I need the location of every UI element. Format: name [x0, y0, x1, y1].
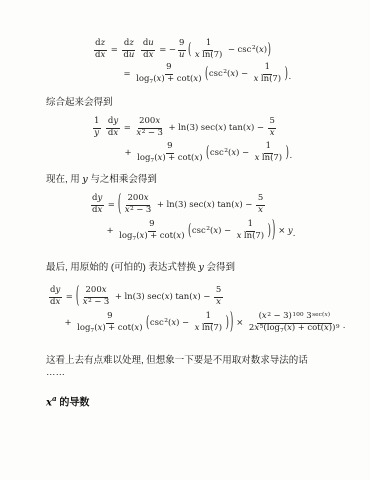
fraction: 1xln(7): [235, 220, 266, 241]
fraction: 200xx2−3: [135, 117, 165, 138]
superscript: 2: [206, 225, 210, 232]
denominator: x: [215, 298, 223, 308]
subscript: 7: [132, 235, 136, 242]
fraction: 1xln(7): [252, 63, 283, 84]
math-text: ln(7): [202, 323, 222, 333]
math-text: ): [292, 323, 295, 333]
math-text: cot(: [307, 323, 324, 333]
fraction: 1y: [93, 117, 101, 138]
math-text: ): [139, 323, 142, 333]
numerator: 200x: [126, 194, 150, 205]
math-text: ln(7): [262, 153, 282, 163]
math-operator: ×: [236, 318, 243, 328]
paren-fence: (: [76, 284, 79, 311]
math-text: ): [102, 323, 105, 333]
superscript: 2: [164, 317, 168, 324]
math-variable: x: [155, 116, 160, 126]
math-operator: +: [168, 153, 175, 163]
denominator: x2−3: [81, 298, 111, 308]
equation-log-derivative-line-2: +9log7(x)+cot(x)(csc2(x)−1xln(7)).: [122, 142, 370, 164]
math-text: ): [181, 231, 184, 241]
math-text: 5: [269, 116, 274, 126]
math-text: csc: [237, 45, 251, 55]
subscript: 7: [90, 327, 94, 334]
math-text: 9: [166, 62, 171, 72]
paragraph-multiply-by-y: 现在, 用 y 与之相乘会得到: [46, 174, 324, 186]
fraction: 200xx2−3: [123, 194, 153, 215]
numerator: 1: [204, 312, 212, 323]
math-text: 3): [283, 311, 292, 321]
math-operator: +: [168, 123, 175, 133]
numerator: 9: [165, 63, 173, 74]
denominator: u: [178, 51, 186, 61]
numerator: 5: [256, 194, 264, 205]
math-variable: x: [255, 153, 260, 163]
fraction: dudx: [141, 39, 155, 60]
math-text: 9: [107, 311, 112, 321]
math-text: )): [329, 323, 336, 333]
math-text: log: [77, 323, 90, 333]
paren-fence: (: [205, 65, 208, 84]
denominator: log7(x)+cot(x): [135, 75, 203, 85]
numerator: 200x: [138, 117, 162, 128]
fraction: 1xln(7): [253, 142, 284, 163]
denominator: dx: [94, 51, 107, 61]
math-text: 1: [206, 311, 211, 321]
text-run: 现在, 用: [46, 174, 82, 185]
paren-fence: ): [226, 314, 229, 333]
math-operator: =: [124, 123, 131, 133]
math-text: ): [162, 153, 165, 163]
numerator: 1: [204, 39, 212, 50]
superscript: sec(x): [312, 311, 330, 318]
math-text: 1: [206, 38, 211, 48]
math-variable: x: [102, 285, 107, 295]
math-operator: −: [245, 200, 252, 210]
numerator: dy: [91, 194, 104, 205]
math-variable: x: [125, 205, 130, 215]
math-text: ): [198, 74, 201, 84]
section-heading-xa-derivative: xa 的导数: [46, 392, 324, 409]
math-text: ): [218, 226, 221, 236]
math-variable: u: [129, 50, 134, 60]
math-text: 1: [248, 219, 253, 229]
math-operator: −: [274, 311, 281, 321]
math-operator: −: [94, 297, 101, 307]
math-operator: −: [136, 205, 143, 215]
math-text: cot(: [178, 153, 195, 163]
paren-fence: (: [206, 144, 209, 163]
math-text: ln(3): [178, 123, 198, 133]
math-text: tan(: [229, 123, 246, 133]
math-variable: x: [113, 128, 118, 138]
math-operator: +: [150, 231, 157, 241]
math-text: 9: [167, 141, 172, 151]
math-text: 1: [265, 62, 270, 72]
math-text: tan(: [217, 200, 234, 210]
numerator: (x2−3)1003sec(x): [257, 312, 331, 323]
denominator: xln(7): [252, 75, 283, 85]
math-period: .: [289, 151, 292, 161]
numerator: dy: [49, 286, 62, 297]
fraction: 200xx2−3: [81, 286, 111, 307]
equation-final-result-line-2: +9log7(x)+cot(x)(csc2(x)−1xln(7)))×(x2−3…: [62, 312, 370, 334]
math-text: 3: [158, 128, 163, 138]
math-operator: =: [159, 45, 166, 55]
math-text: log: [137, 153, 150, 163]
subscript: 7: [280, 327, 284, 334]
math-text: 200: [139, 116, 155, 126]
equation-final-result-line-1: dydx=(200xx2−3+ln(3)sec(x)tan(x)−5x: [47, 286, 370, 308]
math-text: cot(: [160, 231, 177, 241]
math-variable: x: [270, 128, 275, 138]
math-operator: −: [224, 226, 231, 236]
math-text: ln(3): [124, 292, 144, 302]
denominator: xln(7): [235, 232, 266, 242]
denominator: xln(7): [193, 324, 224, 334]
math-variable: x: [254, 323, 259, 333]
math-variable: x: [216, 297, 221, 307]
math-operator: =: [66, 292, 73, 302]
math-operator: −: [257, 123, 264, 133]
math-operator: −: [203, 292, 210, 302]
numerator: 1: [263, 63, 271, 74]
numerator: 1: [93, 117, 101, 128]
denominator: xln(7): [193, 51, 224, 61]
math-text: ): [197, 292, 200, 302]
math-operator: +: [298, 323, 305, 333]
paren-fence: ): [286, 144, 289, 163]
subscript: 7: [150, 157, 154, 164]
fraction: dydx: [49, 286, 62, 307]
superscript: 2: [130, 205, 134, 212]
math-operator: +: [107, 226, 114, 236]
superscript: 2: [223, 68, 227, 75]
fraction: (x2−3)1003sec(x)2x5(log7(x)+cot(x))9: [247, 312, 341, 333]
math-operator: ×: [278, 226, 285, 236]
math-period: .: [293, 229, 296, 239]
math-text: ): [251, 123, 254, 133]
math-text: −: [169, 45, 176, 55]
numerator: dz: [94, 39, 107, 50]
denominator: xln(7): [253, 154, 284, 164]
denominator: x2−3: [123, 206, 153, 216]
fraction: 1xln(7): [193, 312, 224, 333]
math-operator: −: [182, 318, 189, 328]
denominator: x: [268, 129, 276, 139]
denominator: x2−3: [135, 129, 165, 139]
denominator: dx: [142, 51, 155, 61]
fraction: 5x: [256, 194, 264, 215]
math-variable: u: [148, 38, 153, 48]
math-variable: y: [55, 285, 60, 295]
denominator: log7(x)+cot(x): [76, 324, 144, 334]
fraction: dydx: [106, 117, 119, 138]
math-operator: −: [148, 128, 155, 138]
math-variable: x: [136, 128, 141, 138]
math-text: sec(: [147, 292, 164, 302]
math-operator: +: [115, 292, 122, 302]
math-text: cot(: [118, 323, 135, 333]
math-variable: x: [262, 311, 267, 321]
math-operator: −: [242, 148, 249, 158]
paren-fence: ): [285, 65, 288, 84]
math-operator: =: [124, 69, 131, 79]
math-operator: +: [157, 200, 164, 210]
math-variable: x: [97, 205, 102, 215]
math-text: 5: [216, 285, 221, 295]
math-text: ln(7): [244, 231, 264, 241]
fraction: 5x: [268, 117, 276, 138]
math-variable: x: [83, 297, 88, 307]
math-variable: x: [144, 193, 149, 203]
numerator: 200x: [84, 286, 108, 297]
superscript: 5: [260, 323, 264, 330]
math-operator: −: [241, 69, 248, 79]
equation-dydx-times-y: dydx=(200xx2−3+ln(3)sec(x)tan(x)−5x +9lo…: [0, 194, 370, 242]
math-text: 3: [104, 297, 109, 307]
math-operator: +: [108, 323, 115, 333]
math-text: 3: [146, 205, 151, 215]
fraction: 5x: [214, 286, 222, 307]
math-variable: x: [258, 205, 263, 215]
math-variable: y: [94, 128, 99, 138]
math-operator: =: [108, 200, 115, 210]
superscript: 2: [267, 311, 271, 318]
math-variable: z: [101, 38, 105, 48]
math-text: ): [235, 69, 238, 79]
numerator: dz: [122, 39, 135, 50]
math-text: ): [161, 74, 164, 84]
math-text: csc: [192, 226, 206, 236]
paren-fence: ): [268, 41, 271, 60]
math-text: ): [199, 153, 202, 163]
math-text: tan(: [175, 292, 192, 302]
math-text: ln(3): [166, 200, 186, 210]
numerator: 9: [148, 220, 156, 231]
paren-fence: ): [272, 218, 275, 245]
equation-chain-rule: dzdx=dzdududx=−9u(1xln(7)−csc2(x)) =9log…: [0, 39, 370, 85]
math-variable: u: [179, 50, 184, 60]
math-variable: x: [55, 297, 60, 307]
paren-fence: (: [146, 314, 149, 333]
fraction: 9log7(x)+cot(x): [118, 220, 186, 241]
text-run: 会得到: [204, 262, 235, 273]
numerator: 9: [178, 39, 186, 50]
math-text: log: [119, 231, 132, 241]
math-operator: −: [228, 45, 235, 55]
numerator: du: [141, 39, 155, 50]
superscript: 2: [252, 44, 256, 51]
math-text: log: [136, 74, 149, 84]
math-text: csc: [209, 69, 223, 79]
math-text: sec(: [189, 200, 206, 210]
math-text: 9: [179, 38, 184, 48]
document-page: dzdx=dzdududx=−9u(1xln(7)−csc2(x)) =9log…: [0, 0, 370, 480]
paren-fence: (: [188, 41, 191, 60]
fraction: 9u: [178, 39, 186, 60]
paragraph-closing-remark: 这看上去有点难以处理, 但想象一下要是不用取对数求导法的话 ……: [46, 355, 324, 379]
math-text: ): [169, 292, 172, 302]
math-text: 200: [86, 285, 102, 295]
fraction: 9log7(x)+cot(x): [136, 142, 204, 163]
math-text: 5: [258, 193, 263, 203]
math-period: .: [288, 72, 291, 82]
denominator: y: [93, 129, 101, 139]
math-variable: x: [195, 323, 200, 333]
fraction: 1xln(7): [193, 39, 224, 60]
paragraph-substitute-y: 最后, 用原始的 (可怕的) 表达式替换 y 会得到: [46, 262, 324, 274]
math-operator: +: [65, 318, 72, 328]
math-text: ): [144, 231, 147, 241]
math-text: csc: [210, 148, 224, 158]
subscript: 7: [149, 78, 153, 85]
math-period: .: [343, 321, 346, 331]
fraction: dzdu: [122, 39, 136, 60]
fraction: 9log7(x)+cot(x): [135, 63, 203, 84]
math-text: ): [236, 148, 239, 158]
math-variable: z: [129, 38, 133, 48]
math-variable: x: [254, 74, 259, 84]
superscript: 2: [224, 147, 228, 154]
math-text: ): [211, 200, 214, 210]
text-run: 与之相乘会得到: [88, 174, 157, 185]
math-operator: =: [111, 45, 118, 55]
fraction: dzdx: [94, 39, 107, 60]
numerator: 5: [268, 117, 276, 128]
numerator: 9: [166, 142, 174, 153]
equation-log-derivative-line-1: 1ydydx=200xx2−3+ln(3)sec(x)tan(x)−5x: [91, 117, 370, 139]
numerator: 1: [264, 142, 272, 153]
numerator: 5: [214, 286, 222, 297]
equation-log-derivative: 1ydydx=200xx2−3+ln(3)sec(x)tan(x)−5x +9l…: [0, 117, 370, 164]
superscript: 2: [142, 128, 146, 135]
denominator: log7(x)+cot(x): [136, 154, 204, 164]
math-variable: x: [149, 50, 154, 60]
math-text: ln(7): [261, 74, 281, 84]
text-run: 最后, 用原始的 (可怕的) 表达式替换: [46, 262, 199, 273]
math-variable: y: [97, 193, 102, 203]
math-variable: x: [237, 231, 242, 241]
math-text: (log: [263, 323, 280, 333]
denominator: x: [257, 206, 265, 216]
text-run: 综合起来会得到: [46, 97, 113, 108]
denominator: 2x5(log7(x)+cot(x))9: [247, 324, 341, 334]
superscript: 9: [336, 323, 340, 330]
equation-final-result: dydx=(200xx2−3+ln(3)sec(x)tan(x)−5x +9lo…: [0, 286, 370, 334]
math-text: csc: [150, 318, 164, 328]
math-text: ): [239, 200, 242, 210]
equation-chain-rule-line-1: dzdx=dzdududx=−9u(1xln(7)−csc2(x)): [92, 39, 370, 61]
math-text: ): [176, 318, 179, 328]
denominator: dx: [106, 129, 119, 139]
math-text: 1: [266, 141, 271, 151]
math-text: ): [264, 45, 267, 55]
paren-fence: ): [268, 222, 271, 241]
denominator: log7(x)+cot(x): [118, 232, 186, 242]
paren-fence: (: [118, 192, 121, 219]
math-text: ): [328, 311, 330, 318]
superscript: 100: [292, 311, 303, 318]
math-variable: x: [100, 50, 105, 60]
numerator: 1: [246, 220, 254, 231]
paragraph-combine: 综合起来会得到: [46, 97, 324, 109]
math-text: sec(: [201, 123, 218, 133]
denominator: dx: [91, 206, 104, 216]
math-text: 3: [306, 311, 311, 321]
text-run: 这看上去有点难以处理, 但想象一下要是不用取对数求导法的话 ……: [46, 355, 308, 378]
denominator: dx: [49, 298, 62, 308]
math-operator: +: [167, 74, 174, 84]
equation-dydx-times-y-line-1: dydx=(200xx2−3+ln(3)sec(x)tan(x)−5x: [89, 194, 370, 216]
superscript: 2: [88, 297, 92, 304]
numerator: dy: [106, 117, 119, 128]
numerator: 9: [106, 312, 114, 323]
math-operator: +: [125, 148, 132, 158]
math-text: sec(: [312, 311, 324, 318]
paren-fence: (: [188, 222, 191, 241]
math-text: ): [223, 123, 226, 133]
paren-fence: ): [230, 310, 233, 337]
fraction: dydx: [91, 194, 104, 215]
text-run: 的导数: [57, 397, 90, 408]
math-text: 9: [149, 219, 154, 229]
math-text: cot(: [177, 74, 194, 84]
math-text: 1: [94, 116, 99, 126]
equation-dydx-times-y-line-2: +9log7(x)+cot(x)(csc2(x)−1xln(7)))×y.: [104, 220, 370, 242]
equation-chain-rule-line-2: =9log7(x)+cot(x)(csc2(x)−1xln(7)).: [121, 63, 370, 85]
math-text: 200: [128, 193, 144, 203]
denominator: du: [122, 51, 136, 61]
fraction: 9log7(x)+cot(x): [76, 312, 144, 333]
math-variable: y: [113, 116, 118, 126]
math-text: ln(7): [202, 50, 222, 60]
math-variable: x: [195, 50, 200, 60]
